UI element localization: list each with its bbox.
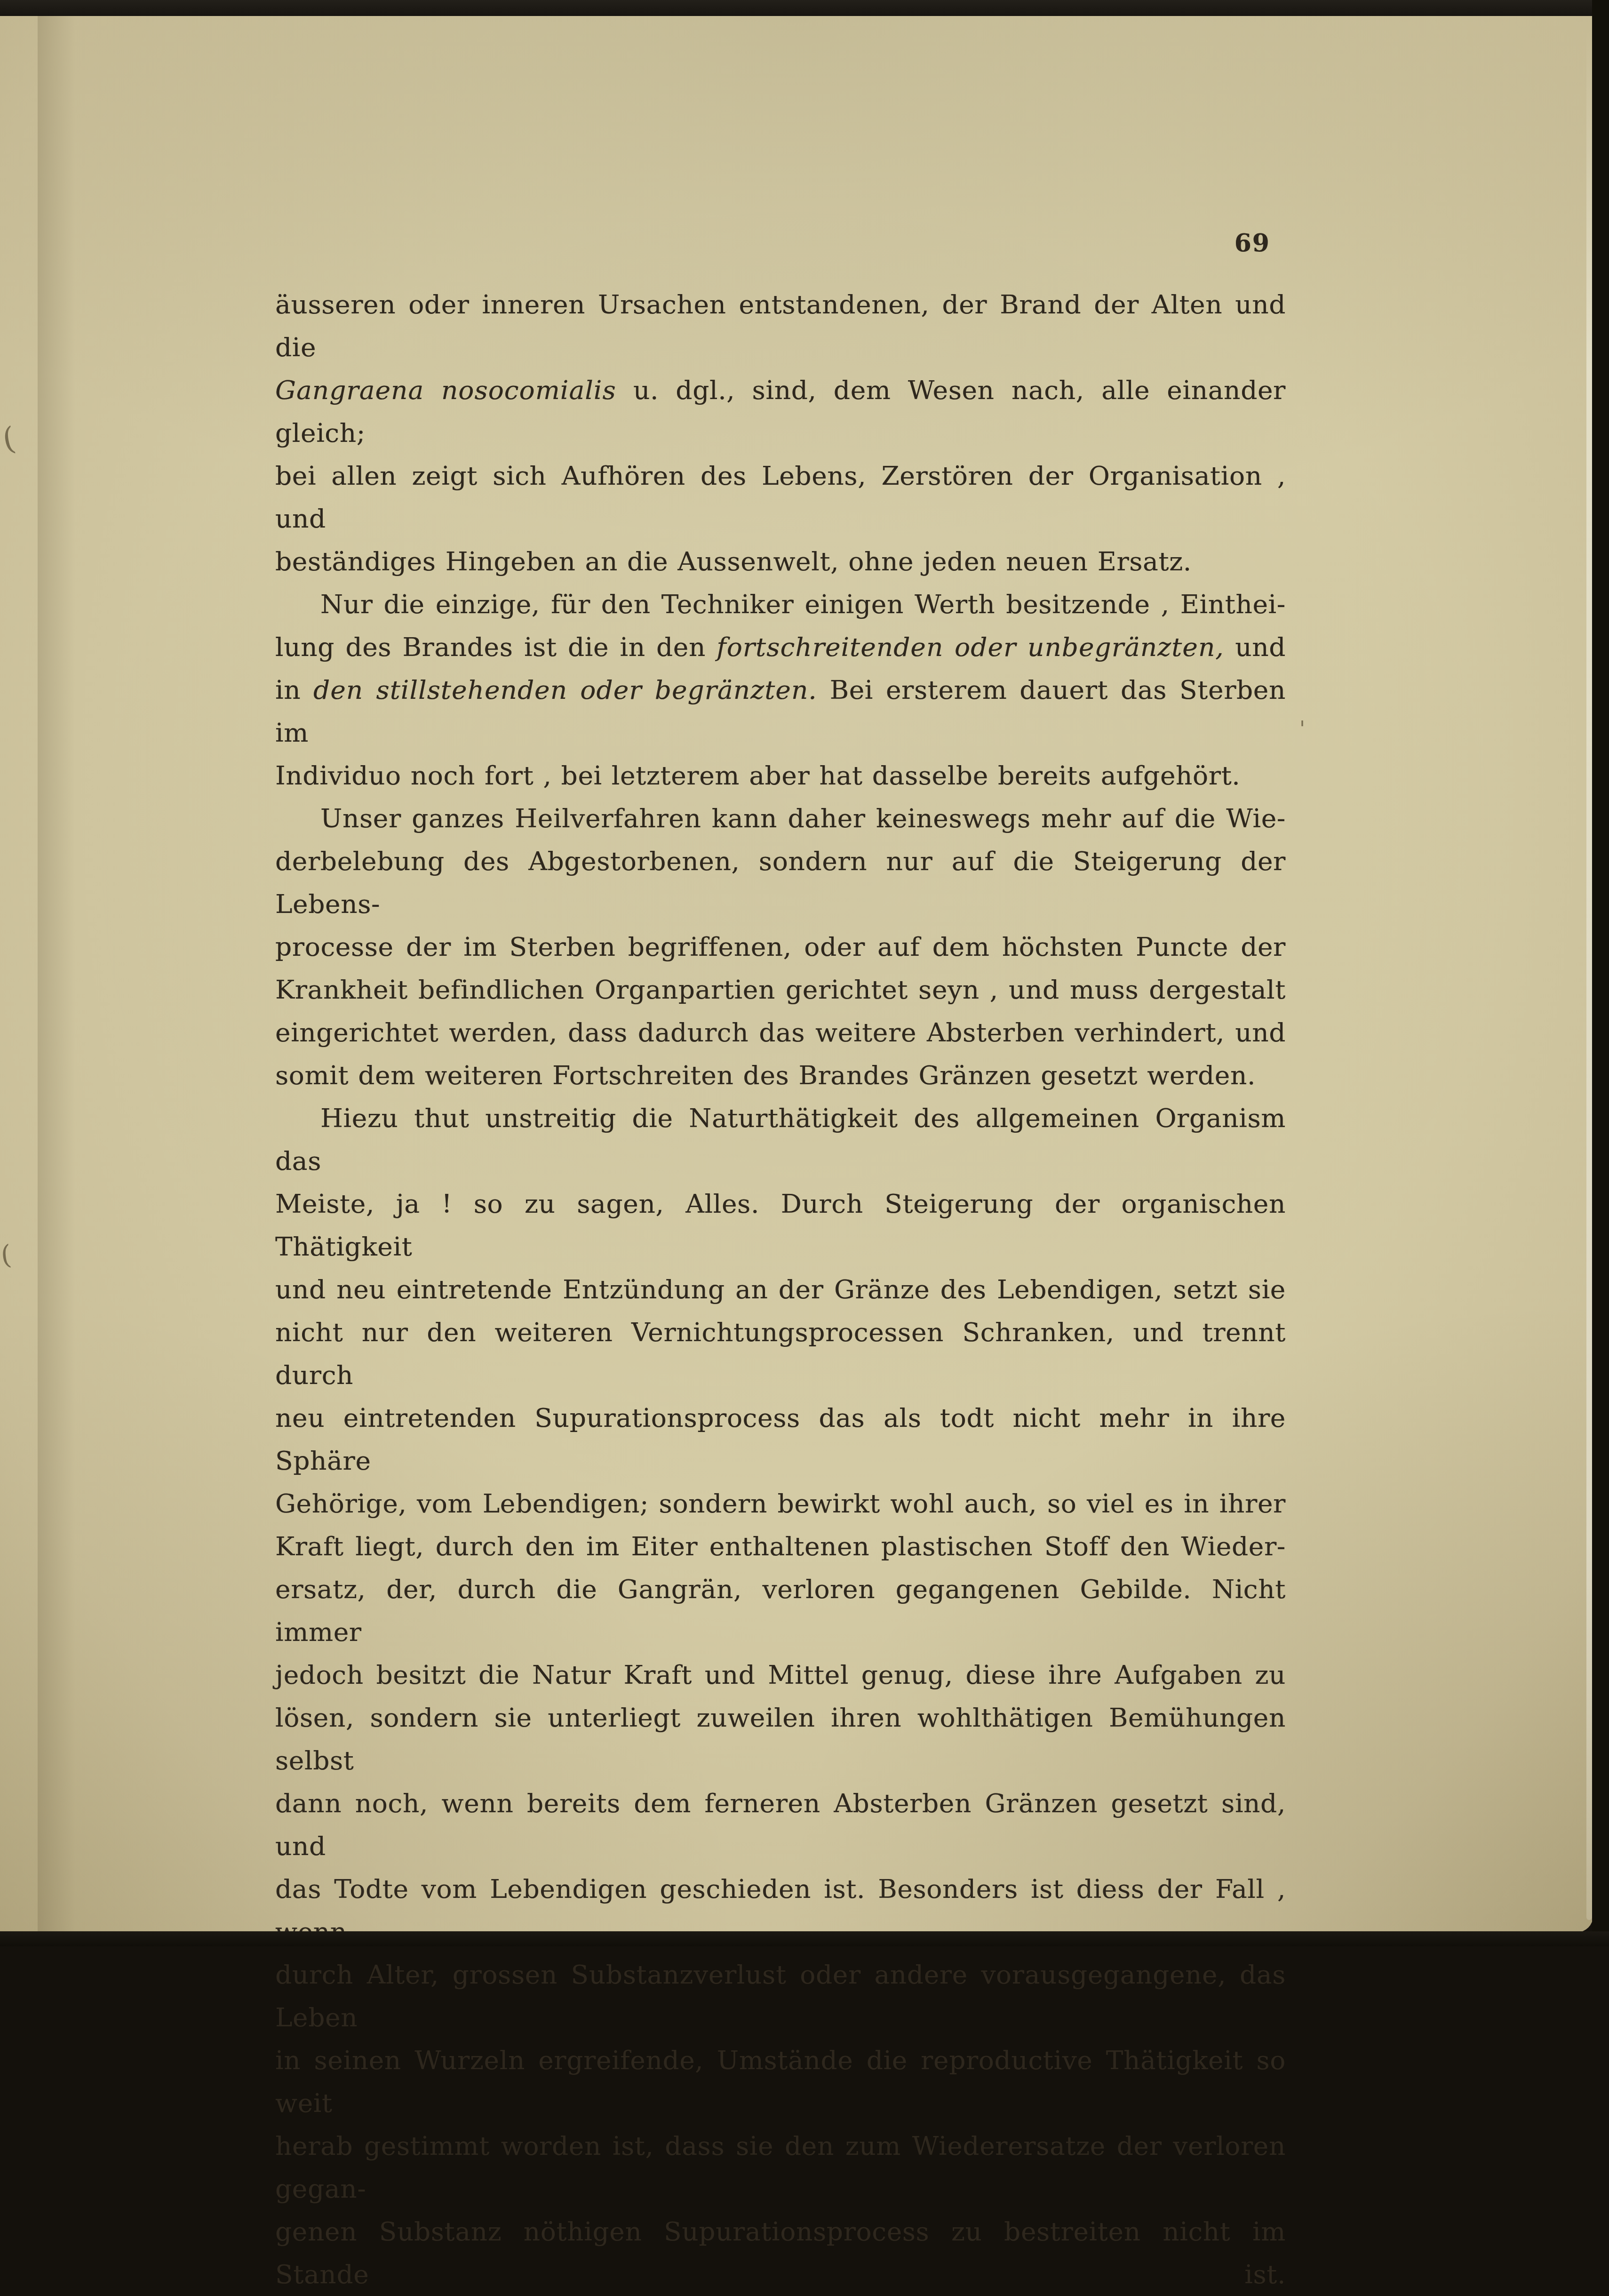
book-page: 69 äusseren oder inneren Ursachen entsta… [0,16,1593,1932]
italic-text-segment: den stillstehenden oder begränzten. [313,675,817,705]
text-segment: äusseren oder inneren Ursachen entstande… [275,289,1286,362]
italic-text-segment: fortschreitenden oder unbegränzten, [717,632,1224,662]
text-line: Krankheit befindlichen Organpartien geri… [275,968,1286,1011]
text-segment: Nur die einzige, für den Techniker einig… [320,589,1286,619]
book-scan: 69 äusseren oder inneren Ursachen entsta… [0,0,1609,1946]
text-segment: dann noch, wenn bereits dem ferneren Abs… [275,1788,1286,1861]
text-segment: jedoch besitzt die Natur Kraft und Mitte… [275,1660,1286,1690]
text-segment: ersatz, der, durch die Gangrän, verloren… [275,1574,1286,1647]
text-line: Nur die einzige, für den Techniker einig… [275,583,1286,626]
page-number: 69 [1209,229,1270,257]
text-line: derbelebung des Abgestorbenen, sondern n… [275,840,1286,926]
text-segment: Kraft liegt, durch den im Eiter enthalte… [275,1531,1286,1561]
text-segment: lung des Brandes ist die in den [275,632,717,662]
text-segment: beständiges Hingeben an die Aussenwelt, … [275,546,1192,576]
text-line: dann noch, wenn bereits dem ferneren Abs… [275,1782,1286,1868]
text-line: somit dem weiteren Fortschreiten des Bra… [275,1054,1286,1097]
text-line: Unser ganzes Heilverfahren kann daher ke… [275,797,1286,840]
text-block: äusseren oder inneren Ursachen entstande… [275,283,1286,1946]
text-line: Gangraena nosocomialis u. dgl., sind, de… [275,369,1286,455]
text-segment: Krankheit befindlichen Organpartien geri… [275,975,1286,1005]
text-segment: neu eintretenden Supurationsprocess das … [275,1403,1286,1476]
text-line: lösen, sondern sie unterliegt zuweilen i… [275,1696,1286,1782]
text-line: in den stillstehenden oder begränzten. B… [275,669,1286,754]
text-line: äusseren oder inneren Ursachen entstande… [275,283,1286,369]
text-segment: derbelebung des Abgestorbenen, sondern n… [275,846,1286,919]
text-segment: Individuo noch fort , bei letzterem aber… [275,760,1240,791]
text-segment: Gehörige, vom Lebendigen; sondern bewirk… [275,1488,1286,1519]
text-line: eingerichtet werden, dass dadurch das we… [275,1011,1286,1054]
text-segment: somit dem weiteren Fortschreiten des Bra… [275,1060,1256,1090]
scan-background-right [1592,0,1609,1946]
text-line: nicht nur den weiteren Vernichtungsproce… [275,1311,1286,1397]
text-segment: processe der im Sterben begriffenen, ode… [275,932,1286,962]
text-segment: eingerichtet werden, dass dadurch das we… [275,1017,1286,1048]
gutter-shadow [38,16,75,1946]
text-segment: Hiezu thut unstreitig die Naturthätigkei… [275,1103,1286,1176]
scan-background-bottom [0,1931,1609,1946]
text-line: bei allen zeigt sich Aufhören des Lebens… [275,455,1286,540]
text-line: beständiges Hingeben an die Aussenwelt, … [275,540,1286,583]
text-line: und neu eintretende Entzündung an der Gr… [275,1268,1286,1311]
page-cut-edge [1586,28,1592,1920]
text-segment: und neu eintretende Entzündung an der Gr… [275,1274,1286,1304]
text-segment: und [1224,632,1286,662]
text-line: processe der im Sterben begriffenen, ode… [275,926,1286,968]
text-line: neu eintretenden Supurationsprocess das … [275,1397,1286,1482]
text-line: Meiste, ja ! so zu sagen, Alles. Durch S… [275,1183,1286,1268]
text-segment: lösen, sondern sie unterliegt zuweilen i… [275,1703,1286,1776]
text-segment: Meiste, ja ! so zu sagen, Alles. Durch S… [275,1189,1286,1262]
text-segment: in [275,675,313,705]
text-line: ersatz, der, durch die Gangrän, verloren… [275,1568,1286,1654]
scan-background-top [0,0,1609,16]
italic-text-segment: Gangraena nosocomialis [275,375,616,405]
text-segment: Unser ganzes Heilverfahren kann daher ke… [320,803,1286,833]
text-segment: bei allen zeigt sich Aufhören des Lebens… [275,461,1286,534]
text-line: Individuo noch fort , bei letzterem aber… [275,754,1286,797]
text-line: lung des Brandes ist die in den fortschr… [275,626,1286,669]
margin-pen-mark: ' [1299,719,1305,740]
text-line: Hiezu thut unstreitig die Naturthätigkei… [275,1097,1286,1183]
text-line: Gehörige, vom Lebendigen; sondern bewirk… [275,1482,1286,1525]
text-segment: nicht nur den weiteren Vernichtungsproce… [275,1317,1286,1390]
text-line: jedoch besitzt die Natur Kraft und Mitte… [275,1654,1286,1696]
text-line: Kraft liegt, durch den im Eiter enthalte… [275,1525,1286,1568]
